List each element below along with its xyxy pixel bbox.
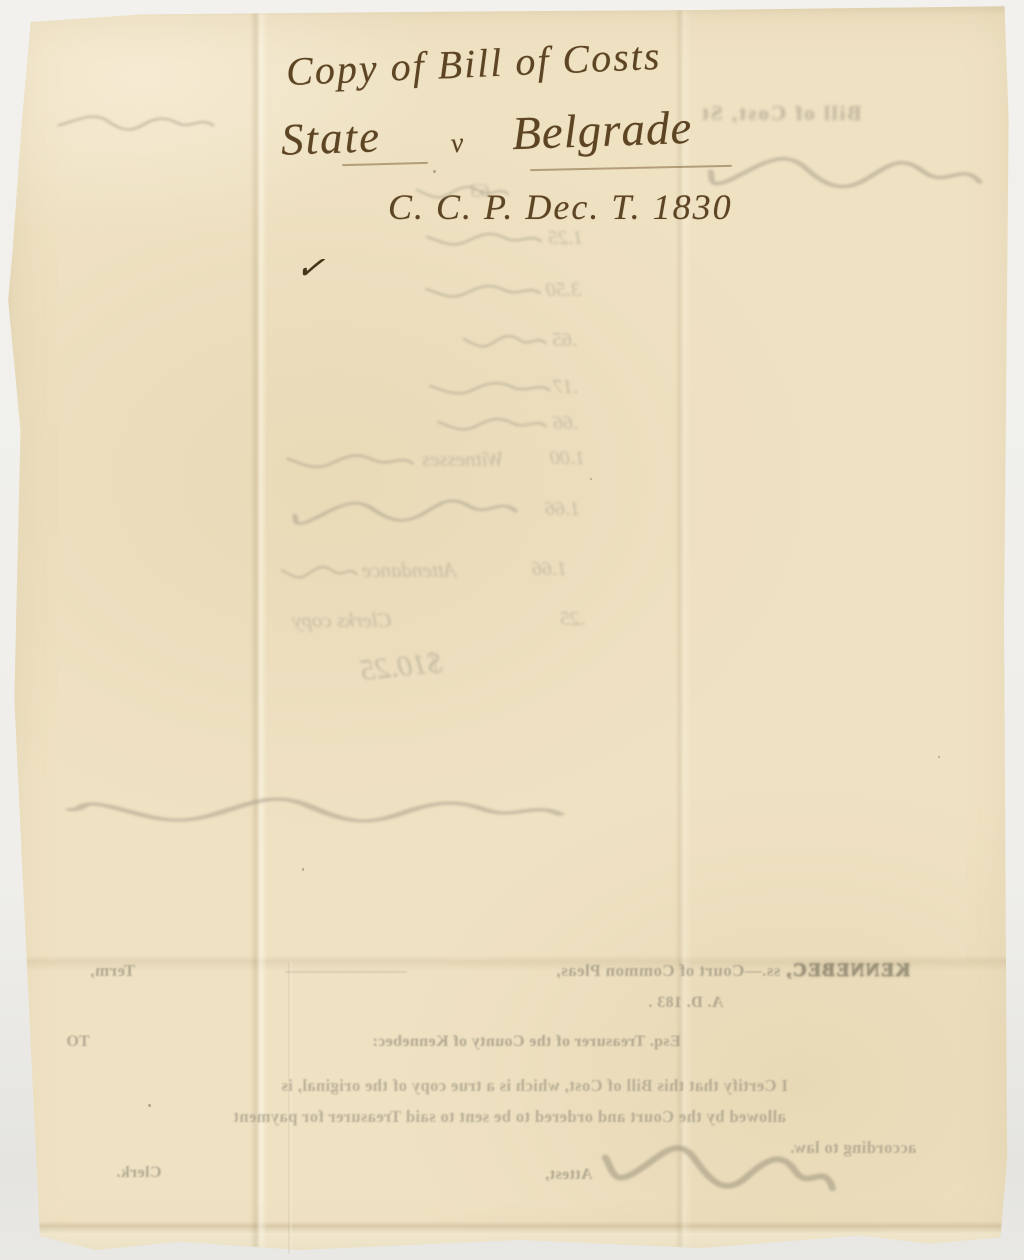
bleed-scrawl xyxy=(705,158,985,192)
paper-speck xyxy=(938,756,940,758)
party-left: State xyxy=(280,110,382,165)
bleed-certify-line3: according to law. xyxy=(790,1138,916,1158)
bleed-term-line: KENNEBEC, ss.—Court of Common Pleas, ———… xyxy=(90,960,910,982)
bleed-scrawl xyxy=(66,796,564,826)
bleed-scrawl xyxy=(56,112,216,134)
bleed-attest-label: Attest, xyxy=(545,1166,593,1184)
bleed-to-label: TO xyxy=(66,1033,90,1051)
bleed-top-label: Bill of Cost, St xyxy=(700,101,862,126)
paper-speck xyxy=(433,170,436,173)
bleed-clerk-label: Clerk. xyxy=(116,1164,162,1182)
bleed-year-line: A. D. 183 . xyxy=(648,994,724,1012)
paper-speck xyxy=(590,478,592,480)
bleed-treasurer-line: Esq. Treasurer of the County of Kennebec… xyxy=(372,1033,681,1051)
party-right: Belgrade xyxy=(511,101,693,161)
paper-speck xyxy=(302,868,304,871)
check-mark: ✓ xyxy=(294,247,327,290)
bleed-certify-line1: I Certify that this Bill of Cost, which … xyxy=(112,1076,957,1096)
bleed-certify-line2: allowed by the Court and ordered to be s… xyxy=(62,1107,957,1127)
paper-speck xyxy=(148,1104,151,1107)
scanned-document: Copy of Bill of Costs State v Belgrade C… xyxy=(0,0,1024,1260)
